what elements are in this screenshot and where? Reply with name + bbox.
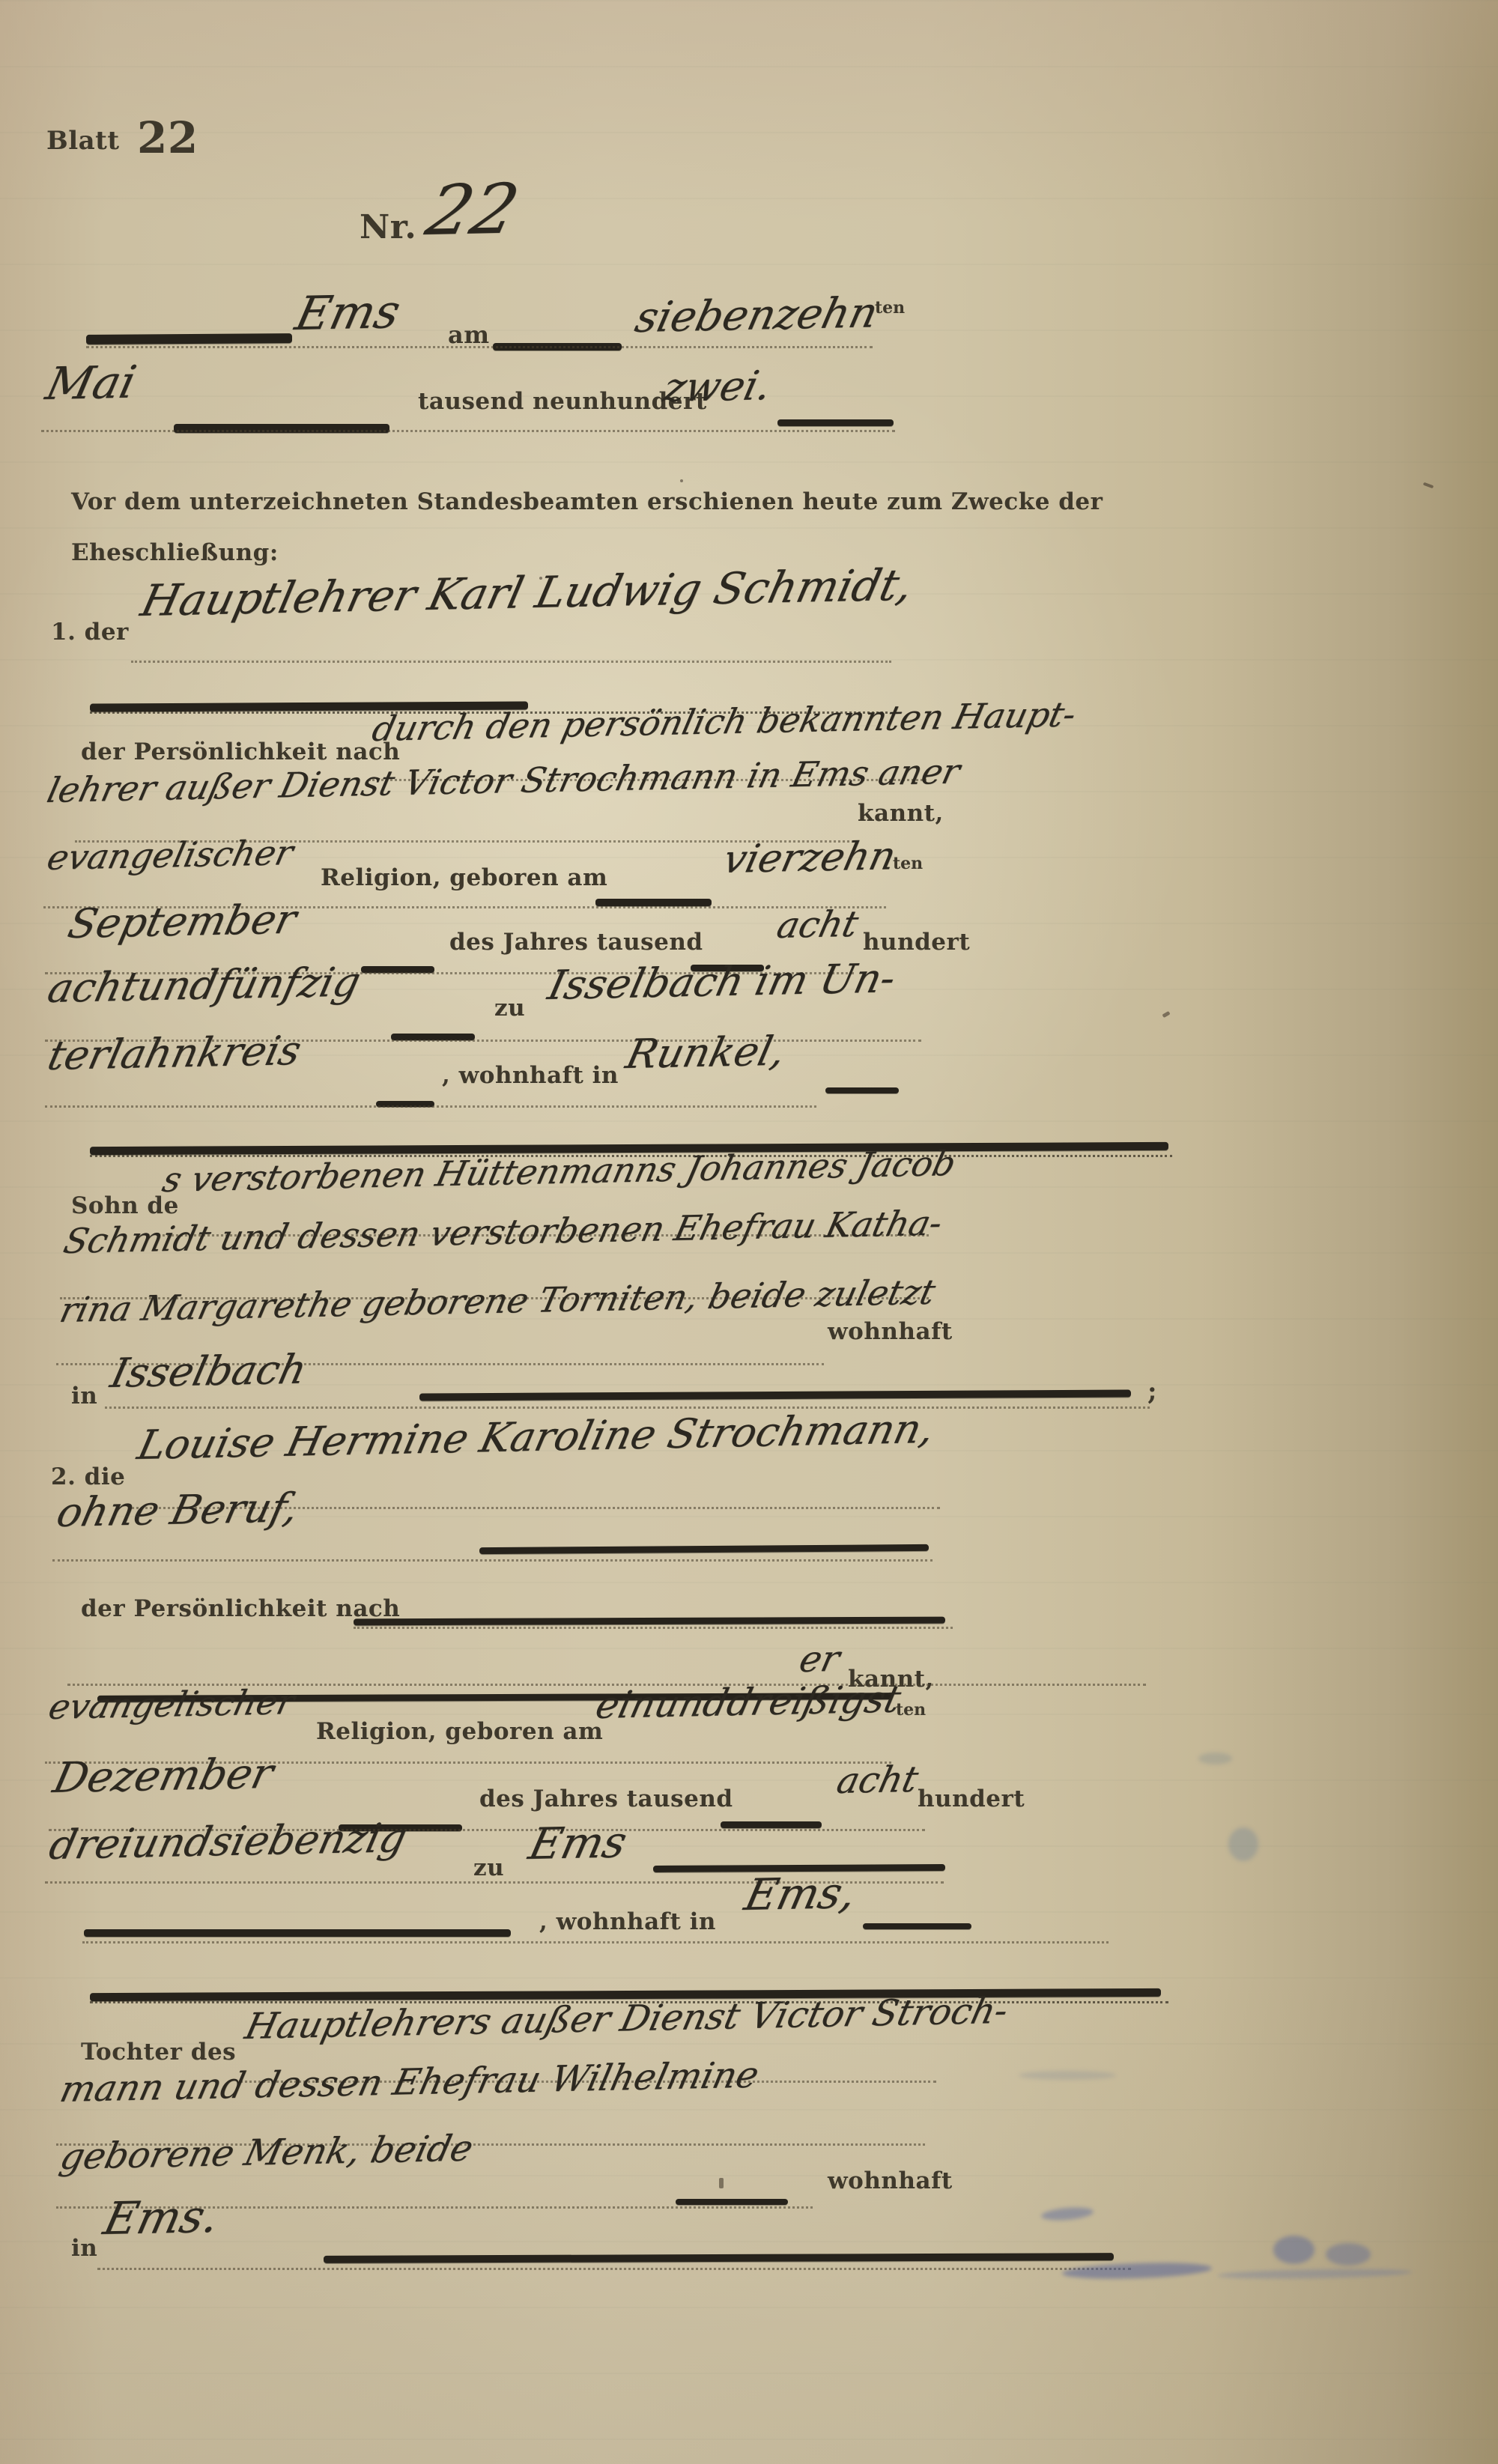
ink-speck bbox=[539, 577, 542, 580]
blatt-number: 22 bbox=[137, 112, 198, 163]
ink-stroke bbox=[825, 1087, 899, 1093]
dotted-guide bbox=[45, 1105, 816, 1108]
ink-stroke bbox=[84, 1929, 511, 1937]
dotted-guide bbox=[354, 1627, 953, 1629]
groom-religion-label: Religion, geboren am bbox=[321, 864, 607, 891]
am-label: am bbox=[448, 321, 490, 349]
ink-stroke bbox=[777, 419, 894, 426]
intro-line1: Vor dem unterzeichneten Standesbeamten e… bbox=[71, 488, 1103, 515]
dotted-guide bbox=[41, 430, 895, 432]
opening-day: siebenzehn bbox=[631, 288, 882, 342]
bride-birth-place: Ems bbox=[524, 1816, 631, 1869]
ten-superscript: ten bbox=[896, 1700, 926, 1720]
groom-birth-year: achtundfünfzig bbox=[43, 958, 365, 1012]
ink-speck bbox=[351, 499, 354, 502]
ten-superscript: ten bbox=[875, 298, 905, 318]
opening-year: zwei. bbox=[659, 362, 776, 411]
ink-stroke bbox=[721, 1821, 822, 1828]
nr-label: Nr. bbox=[360, 208, 416, 246]
ink-stroke bbox=[479, 1544, 929, 1554]
groom-parents-hw3: rina Margarethe geborene Torniten, beide… bbox=[56, 1272, 939, 1330]
bride-zu-label: zu bbox=[473, 1854, 504, 1881]
bride-parents-hw3: geborene Menk, beide bbox=[56, 2128, 477, 2178]
blue-smudge bbox=[1062, 2261, 1213, 2281]
groom-item-label: 1. der bbox=[51, 619, 129, 646]
blue-smudge bbox=[1040, 2206, 1094, 2222]
blatt-label: Blatt bbox=[46, 126, 120, 156]
nr-value-handwritten: 22 bbox=[419, 169, 526, 251]
groom-birth-month: September bbox=[64, 896, 301, 947]
bride-birth-day: einunddreißigst bbox=[592, 1678, 905, 1727]
groom-birth-place-2: terlahnkreis bbox=[43, 1027, 306, 1079]
intro-line2: Eheschließung: bbox=[71, 539, 279, 566]
bride-birth-year: dreiundsiebenzig bbox=[45, 1814, 411, 1869]
groom-in-label: in bbox=[71, 1383, 97, 1409]
ink-speck bbox=[680, 479, 683, 482]
opening-place: Ems bbox=[291, 284, 405, 341]
dotted-guide bbox=[105, 1407, 1150, 1409]
bride-occupation: ohne Beruf, bbox=[52, 1484, 303, 1536]
ink-stroke bbox=[354, 1617, 945, 1626]
groom-jahres-label: des Jahres tausend bbox=[449, 929, 703, 956]
blue-smudge bbox=[1273, 2236, 1314, 2264]
groom-name: Hauptlehrer Karl Ludwig Schmidt, bbox=[136, 559, 918, 626]
dotted-guide bbox=[86, 346, 873, 348]
ink-stroke bbox=[595, 899, 712, 906]
groom-kannt-label: kannt, bbox=[858, 800, 944, 827]
bride-identity-label: der Persönlichkeit nach bbox=[81, 1595, 400, 1622]
ink-speck bbox=[719, 2178, 724, 2188]
bride-religion-label: Religion, geboren am bbox=[316, 1718, 603, 1745]
bride-parents-residence: Ems. bbox=[99, 2191, 224, 2245]
bride-hundert-label: hundert bbox=[918, 1785, 1025, 1812]
bride-religion: evangelischer bbox=[45, 1681, 299, 1727]
bride-name: Louise Hermine Karoline Strochmann, bbox=[133, 1405, 939, 1469]
bride-residence: Ems, bbox=[740, 1867, 861, 1920]
bride-parents-label: Tochter des bbox=[81, 2039, 236, 2066]
opening-month: Mai bbox=[41, 356, 141, 410]
groom-religion: evangelischer bbox=[43, 832, 297, 878]
groom-parents-hw2: Schmidt und dessen verstorbenen Ehefrau … bbox=[60, 1203, 946, 1261]
registry-page: Blatt 22 Nr. 22 Ems am siebenzehn ten Ma… bbox=[0, 0, 1498, 2464]
groom-parents-residence: Isselbach bbox=[106, 1346, 311, 1397]
ink-stroke bbox=[676, 2199, 788, 2205]
dotted-guide bbox=[97, 2268, 1131, 2270]
ink-stroke bbox=[86, 333, 292, 345]
bride-in-label: in bbox=[71, 2235, 97, 2262]
groom-zu-label: zu bbox=[494, 995, 525, 1022]
groom-birth-day: vierzehn bbox=[719, 834, 900, 882]
bride-birth-month: Dezember bbox=[49, 1750, 278, 1803]
bride-wohnhaft2-label: wohnhaft bbox=[828, 2167, 953, 2194]
ten-superscript: ten bbox=[893, 854, 923, 873]
bride-century: acht bbox=[833, 1759, 922, 1802]
ink-stroke bbox=[419, 1390, 1131, 1401]
bride-jahres-label: des Jahres tausend bbox=[479, 1785, 733, 1812]
blue-smudge bbox=[1228, 1827, 1258, 1861]
bride-er-hw: er bbox=[795, 1638, 843, 1681]
ink-stroke bbox=[324, 2253, 1114, 2263]
dotted-guide bbox=[131, 661, 891, 663]
ink-stroke bbox=[863, 1923, 971, 1929]
groom-residence: Runkel, bbox=[622, 1028, 790, 1078]
blue-smudge bbox=[1217, 2268, 1412, 2281]
groom-birth-place-1: Isselbach im Un- bbox=[544, 954, 900, 1009]
groom-identity-label: der Persönlichkeit nach bbox=[81, 738, 400, 765]
blue-smudge bbox=[1198, 1753, 1232, 1764]
dotted-guide bbox=[52, 1559, 933, 1562]
blue-smudge bbox=[1019, 2071, 1116, 2080]
bride-item-label: 2. die bbox=[51, 1463, 125, 1490]
ink-speck bbox=[1162, 1011, 1170, 1018]
groom-hundert-label: hundert bbox=[863, 929, 970, 956]
ink-speck bbox=[1423, 482, 1434, 489]
bride-wohnhaft-label: , wohnhaft in bbox=[539, 1908, 716, 1935]
groom-wohnhaft-label: , wohnhaft in bbox=[442, 1062, 619, 1089]
blue-smudge bbox=[1326, 2243, 1371, 2266]
groom-semicolon: ; bbox=[1147, 1377, 1157, 1407]
groom-century: acht bbox=[773, 903, 862, 947]
dotted-guide bbox=[82, 1941, 1109, 1943]
groom-wohnhaft2-label: wohnhaft bbox=[828, 1318, 953, 1345]
